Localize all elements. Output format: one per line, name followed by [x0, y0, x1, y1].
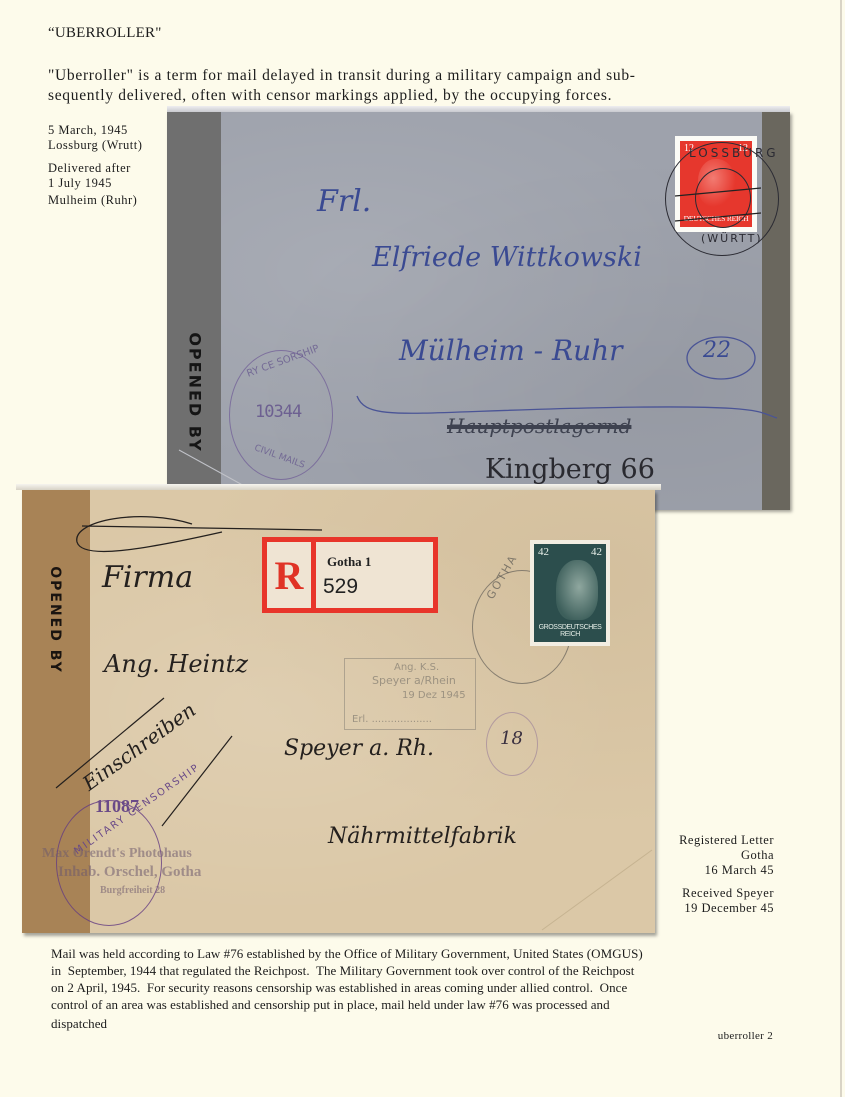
address-city: Mülheim - Ruhr	[399, 334, 623, 367]
receipt-line: Speyer a/Rhein	[372, 674, 456, 687]
intro-paragraph: "Uberroller" is a term for mail delayed …	[48, 66, 778, 106]
cover2-caption: Registered Letter Gotha 16 March 45 Rece…	[679, 833, 774, 916]
address-title: Frl.	[317, 184, 371, 219]
footer-paragraph: Mail was held according to Law #76 estab…	[51, 945, 776, 1032]
cover1-envelope: OPENED BY RY CE SORSHIP CIVIL MAILS 1034…	[167, 112, 790, 510]
sender-line: Inhab. Orschel, Gotha	[58, 864, 201, 881]
registration-r: R	[267, 542, 316, 608]
delivered-label: Delivered after	[48, 161, 142, 176]
cover-type: Registered Letter	[679, 833, 774, 848]
page-title: “UBERROLLER"	[48, 25, 162, 42]
cover2-envelope: OPENED BY R Gotha 1 529 GOTHA 42 42 GROS…	[22, 490, 655, 933]
address-city: Speyer a. Rh.	[284, 736, 434, 761]
postmark-town: LOSSBURG	[689, 146, 779, 160]
postmark-region: (WÜRTT)	[701, 232, 763, 245]
postage-stamp-42: 42 42 GROSSDEUTSCHES REICH	[530, 540, 610, 646]
circle-mark-number: 18	[500, 728, 523, 749]
footer-line: control of an area was established and c…	[51, 996, 776, 1013]
sender-line: Burgfreiheit 28	[100, 885, 165, 896]
registration-number: 529	[323, 575, 358, 599]
footer-line: on 2 April, 1945. For security reasons c…	[51, 979, 776, 996]
address-zone: 22	[703, 338, 731, 363]
opened-by-label: OPENED BY	[175, 312, 215, 472]
page-label: uberroller 2	[718, 1030, 773, 1042]
receipt-line: Ang. K.S.	[394, 662, 439, 673]
footer-line: dispatched	[51, 1015, 776, 1032]
delivered-place: Mulheim (Ruhr)	[48, 193, 142, 208]
receipt-line: 19 Dez 1945	[402, 690, 466, 701]
address-name: Elfriede Wittkowski	[372, 242, 642, 273]
received-label: Received Speyer	[679, 886, 774, 901]
footer-line: in September, 1944 that regulated the Re…	[51, 962, 776, 979]
footer-line: Mail was held according to Law #76 estab…	[51, 945, 776, 962]
intro-line: "Uberroller" is a term for mail delayed …	[48, 66, 778, 86]
sent-place: Lossburg (Wrutt)	[48, 138, 142, 153]
mount-strip	[16, 484, 661, 490]
intro-line: sequently delivered, often with censor m…	[48, 86, 778, 106]
cover-origin: Gotha	[679, 848, 774, 863]
registration-office: Gotha 1	[327, 554, 371, 570]
page-edge	[840, 0, 842, 1097]
received-date: 19 December 45	[679, 901, 774, 916]
cover1-caption: 5 March, 1945 Lossburg (Wrutt) Delivered…	[48, 123, 142, 208]
sent-date: 5 March, 1945	[48, 123, 142, 138]
address-firm: Firma	[102, 560, 193, 595]
delivered-date: 1 July 1945	[48, 176, 142, 191]
address-company: Nährmittelfabrik	[328, 824, 517, 849]
censor-number: 10344	[255, 402, 301, 422]
registration-label: R Gotha 1 529	[262, 537, 438, 613]
portrait-icon	[556, 560, 598, 620]
address-street: Kingberg 66	[485, 454, 655, 485]
sender-line: Max Orendt's Photohaus	[42, 846, 192, 862]
cover-date: 16 March 45	[679, 863, 774, 878]
censor-handstamp	[56, 800, 162, 926]
receipt-line: Erl. ...................	[352, 714, 432, 725]
address-name: Ang. Heintz	[104, 650, 248, 678]
opened-by-label: OPENED BY	[30, 550, 80, 690]
address-struck: Hauptpostlagernd	[447, 414, 631, 438]
mount-strip	[167, 106, 790, 112]
censor-number: 11087	[95, 796, 139, 817]
postmark-inner	[695, 168, 751, 228]
